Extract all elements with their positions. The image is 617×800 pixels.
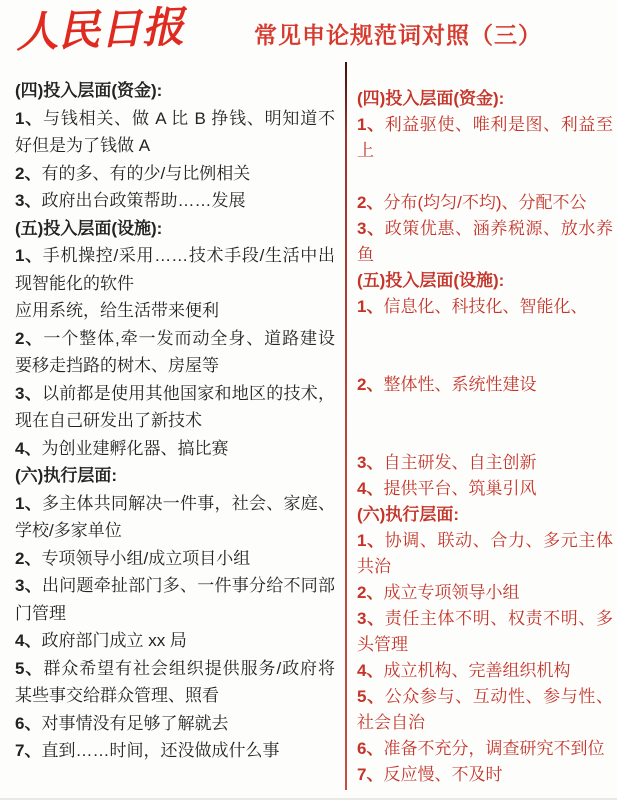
list-number: 2、 [357, 583, 383, 602]
document-page: 人民日报 常见申论规范词对照（三） (四)投入层面(资金): 1、与钱相关、做 … [0, 0, 617, 800]
list-number: 1、 [357, 531, 385, 550]
line-text: 手机操控/采用……技术手段/生活中出现智能化的软件 [15, 246, 335, 293]
left-section-header: (四)投入层面(资金): [15, 77, 335, 105]
list-number: 4、 [15, 439, 41, 458]
list-number: 2、 [15, 549, 41, 568]
right-column-standard-terms: (四)投入层面(资金): 1、利益驱使、唯利是图、利益至上 2、分布(均匀/不均… [357, 86, 613, 788]
list-number: 6、 [357, 739, 383, 758]
left-line: 3、以前都是使用其他国家和地区的技术，现在自己研发出了新技术 [15, 380, 335, 435]
list-number: 6、 [15, 714, 41, 733]
line-text: 公众参与、互动性、参与性、社会自治 [357, 687, 613, 732]
list-number: 1、 [357, 115, 385, 134]
section-header-text: (四)投入层面(资金): [15, 81, 162, 100]
line-text: 一个整体,牵一发而动全身、道路建设要移走挡路的树木、房屋等 [15, 329, 335, 376]
left-line: 2、专项领导小组/成立项目小组 [15, 545, 335, 573]
list-number: 5、 [15, 659, 43, 678]
line-text: 协调、联动、合力、多元主体共治 [357, 531, 613, 576]
right-line: 1、利益驱使、唯利是图、利益至上 [357, 112, 613, 164]
right-line: 1、信息化、科技化、智能化、 [357, 294, 613, 320]
left-line: 4、为创业建孵化器、搞比赛 [15, 435, 335, 463]
page-title: 常见申论规范词对照（三） [254, 17, 542, 50]
list-number: 3、 [357, 609, 385, 628]
line-text: 政策优惠、涵养税源、放水养鱼 [357, 219, 613, 264]
list-number: 3、 [357, 219, 385, 238]
right-line: 3、自主研发、自主创新 [357, 450, 613, 476]
line-text: 对事情没有足够了解就去 [41, 714, 228, 733]
left-line: 应用系统，给生活带来便利 [15, 297, 335, 325]
right-line: 3、责任主体不明、权责不明、多头管理 [357, 606, 613, 658]
right-line: 2、分布(均匀/不均)、分配不公 [357, 190, 613, 216]
line-text: 出问题牵扯部门多、一件事分给不同部门管理 [15, 576, 335, 623]
section-header-text: (六)执行层面: [357, 505, 459, 524]
section-header-text: (六)执行层面: [15, 466, 117, 485]
left-line: 6、对事情没有足够了解就去 [15, 710, 335, 738]
line-text: 责任主体不明、权责不明、多头管理 [357, 609, 613, 654]
left-line: 2、一个整体,牵一发而动全身、道路建设要移走挡路的树木、房屋等 [15, 325, 335, 380]
section-header-text: (五)投入层面(设施): [15, 219, 162, 238]
line-text: 政府出台政策帮助……发展 [41, 191, 245, 210]
right-line: 7、反应慢、不及时 [357, 762, 613, 788]
section-header-text: (五)投入层面(设施): [357, 271, 504, 290]
list-number: 1、 [15, 494, 42, 513]
line-text: 自主研发、自主创新 [383, 453, 536, 472]
right-section-header: (四)投入层面(资金): [357, 86, 613, 112]
line-text: 直到……时间，还没做成什么事 [41, 741, 279, 760]
right-line: 4、成立机构、完善组织机构 [357, 658, 613, 684]
left-line: 5、群众希望有社会组织提供服务/政府将某些事交给群众管理、照看 [15, 655, 335, 710]
left-line: 4、政府部门成立 xx 局 [15, 627, 335, 655]
right-section-header: (五)投入层面(设施): [357, 268, 613, 294]
left-line: 1、多主体共同解决一件事，社会、家庭、学校/多家单位 [15, 490, 335, 545]
line-text: 与钱相关、做 A 比 B 挣钱、明知道不好但是为了钱做 A [15, 109, 335, 156]
right-line: 2、整体性、系统性建设 [357, 372, 613, 398]
peoples-daily-logo: 人民日报 [15, 1, 185, 59]
list-number: 3、 [15, 384, 42, 403]
right-line: 6、准备不充分，调查研究不到位 [357, 736, 613, 762]
line-text: 成立机构、完善组织机构 [383, 661, 570, 680]
left-section-header: (六)执行层面: [15, 462, 335, 490]
line-text: 利益驱使、唯利是图、利益至上 [357, 115, 613, 160]
right-line: 3、政策优惠、涵养税源、放水养鱼 [357, 216, 613, 268]
list-number: 7、 [15, 741, 41, 760]
line-text: 应用系统，给生活带来便利 [15, 301, 219, 320]
list-number: 2、 [15, 164, 41, 183]
left-line: 3、出问题牵扯部门多、一件事分给不同部门管理 [15, 572, 335, 627]
line-text: 多主体共同解决一件事，社会、家庭、学校/多家单位 [15, 494, 335, 541]
line-text: 整体性、系统性建设 [383, 375, 536, 394]
line-text: 反应慢、不及时 [383, 765, 502, 784]
line-text: 准备不充分，调查研究不到位 [383, 739, 604, 758]
list-number: 3、 [357, 453, 383, 472]
right-line: 1、协调、联动、合力、多元主体共治 [357, 528, 613, 580]
line-text: 提供平台、筑巢引风 [383, 479, 536, 498]
list-number: 4、 [15, 631, 41, 650]
list-number: 2、 [15, 329, 43, 348]
list-number: 1、 [357, 297, 383, 316]
section-header-text: (四)投入层面(资金): [357, 89, 504, 108]
line-text: 群众希望有社会组织提供服务/政府将某些事交给群众管理、照看 [15, 659, 335, 706]
left-section-header: (五)投入层面(设施): [15, 215, 335, 243]
left-line: 3、政府出台政策帮助……发展 [15, 187, 335, 215]
right-line: 4、提供平台、筑巢引风 [357, 476, 613, 502]
right-line: 2、成立专项领导小组 [357, 580, 613, 606]
left-line: 2、有的多、有的少/与比例相关 [15, 160, 335, 188]
list-number: 1、 [15, 246, 43, 265]
list-number: 2、 [357, 375, 383, 394]
right-section-header: (六)执行层面: [357, 502, 613, 528]
left-line: 1、与钱相关、做 A 比 B 挣钱、明知道不好但是为了钱做 A [15, 105, 335, 160]
left-line: 7、直到……时间，还没做成什么事 [15, 737, 335, 765]
line-text: 为创业建孵化器、搞比赛 [41, 439, 228, 458]
list-number: 4、 [357, 479, 383, 498]
line-text: 分布(均匀/不均)、分配不公 [383, 193, 586, 212]
list-number: 2、 [357, 193, 383, 212]
left-column-original-phrases: (四)投入层面(资金): 1、与钱相关、做 A 比 B 挣钱、明知道不好但是为了… [15, 77, 335, 765]
left-line: 1、手机操控/采用……技术手段/生活中出现智能化的软件 [15, 242, 335, 297]
list-number: 1、 [15, 109, 43, 128]
list-number: 3、 [15, 576, 42, 595]
list-number: 4、 [357, 661, 383, 680]
list-number: 3、 [15, 191, 41, 210]
list-number: 7、 [357, 765, 383, 784]
line-text: 有的多、有的少/与比例相关 [41, 164, 250, 183]
line-text: 以前都是使用其他国家和地区的技术，现在自己研发出了新技术 [15, 384, 335, 431]
line-text: 政府部门成立 xx 局 [41, 631, 186, 650]
line-text: 专项领导小组/成立项目小组 [41, 549, 250, 568]
list-number: 5、 [357, 687, 385, 706]
right-line: 5、公众参与、互动性、参与性、社会自治 [357, 684, 613, 736]
line-text: 成立专项领导小组 [383, 583, 519, 602]
line-text: 信息化、科技化、智能化、 [383, 297, 587, 316]
column-divider-line [345, 62, 347, 790]
